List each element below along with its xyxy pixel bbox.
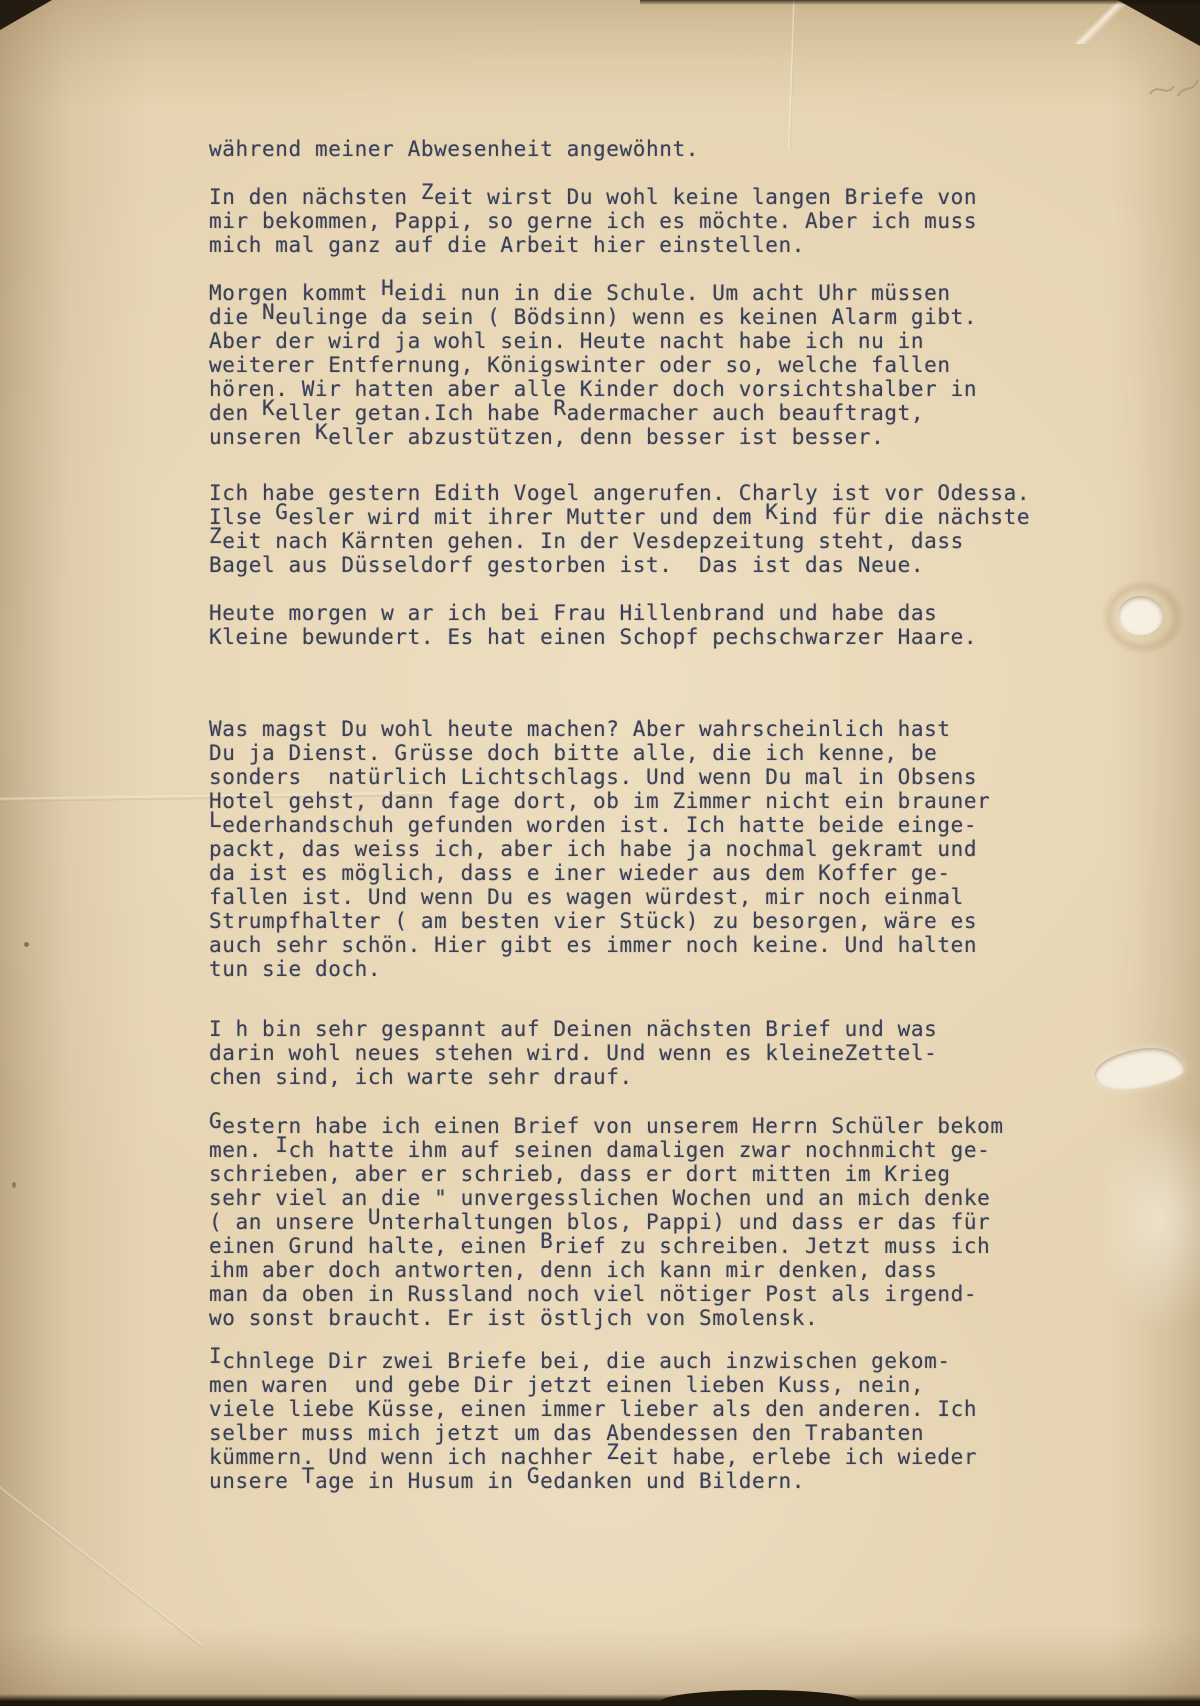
- letter-page: während meiner Abwesenheit angewöhnt.In …: [0, 0, 1200, 1706]
- letter-line: fallen ist. Und wenn Du es wagen würdest…: [209, 885, 1129, 909]
- letter-line: Kleine bewundert. Es hat einen Schopf pe…: [209, 625, 1129, 649]
- pencil-mark: [1148, 72, 1200, 104]
- paper-crease-top: [787, 0, 795, 150]
- letter-line: kümmern. Und wenn ich nachher Zeit habe,…: [209, 1445, 1129, 1469]
- ink-speck: [24, 942, 29, 947]
- letter-paragraph: Ich habe gestern Edith Vogel angerufen. …: [209, 481, 1129, 577]
- letter-paragraph: Gestern habe ich einen Brief von unserem…: [209, 1114, 1129, 1330]
- letter-line: Aber der wird ja wohl sein. Heute nacht …: [209, 329, 1129, 353]
- scan-edge-bottom: [0, 1694, 1200, 1706]
- letter-line: Was magst Du wohl heute machen? Aber wah…: [209, 717, 1129, 741]
- letter-paragraph: I h bin sehr gespannt auf Deinen nächste…: [209, 1017, 1129, 1089]
- letter-line: packt, das weiss ich, aber ich habe ja n…: [209, 837, 1129, 861]
- letter-paragraph: Ichnlege Dir zwei Briefe bei, die auch i…: [209, 1349, 1129, 1493]
- letter-line: Bagel aus Düsseldorf gestorben ist. Das …: [209, 553, 1129, 577]
- letter-line: mir bekommen, Pappi, so gerne ich es möc…: [209, 209, 1129, 233]
- letter-line: Heute morgen w ar ich bei Frau Hillenbra…: [209, 601, 1129, 625]
- letter-line: tun sie doch.: [209, 957, 1129, 981]
- letter-line: da ist es möglich, dass e iner wieder au…: [209, 861, 1129, 885]
- letter-line: unsere Tage in Husum in Gedanken und Bil…: [209, 1469, 1129, 1493]
- letter-line: schrieben, aber er schrieb, dass er dort…: [209, 1162, 1129, 1186]
- letter-line: Du ja Dienst. Grüsse doch bitte alle, di…: [209, 741, 1129, 765]
- scan-corner-top-left: [0, 0, 52, 30]
- letter-line: men waren und gebe Dir jetzt einen liebe…: [209, 1373, 1129, 1397]
- letter-body: während meiner Abwesenheit angewöhnt.In …: [209, 137, 1129, 1493]
- letter-line: auch sehr schön. Hier gibt es immer noch…: [209, 933, 1129, 957]
- letter-line: sonders natürlich Lichtschlags. Und wenn…: [209, 765, 1129, 789]
- letter-line: In den nächsten Zeit wirst Du wohl keine…: [209, 185, 1129, 209]
- letter-line: viele liebe Küsse, einen immer lieber al…: [209, 1397, 1129, 1421]
- letter-line: chen sind, ich warte sehr drauf.: [209, 1065, 1129, 1089]
- letter-line: darin wohl neues stehen wird. Und wenn e…: [209, 1041, 1129, 1065]
- letter-line: Morgen kommt Heidi nun in die Schule. Um…: [209, 281, 1129, 305]
- letter-line: Zeit nach Kärnten gehen. In der Vesdepze…: [209, 529, 1129, 553]
- letter-paragraph: Morgen kommt Heidi nun in die Schule. Um…: [209, 281, 1129, 449]
- letter-paragraph: Heute morgen w ar ich bei Frau Hillenbra…: [209, 601, 1129, 649]
- letter-line: unseren Keller abzustützen, denn besser …: [209, 425, 1129, 449]
- letter-line: ihm aber doch antworten, denn ich kann m…: [209, 1258, 1129, 1282]
- letter-line: den Keller getan.Ich habe Radermacher au…: [209, 401, 1129, 425]
- letter-line: Ilse Gesler wird mit ihrer Mutter und de…: [209, 505, 1129, 529]
- ink-speck: [12, 1182, 16, 1188]
- letter-paragraph: In den nächsten Zeit wirst Du wohl keine…: [209, 185, 1129, 257]
- letter-line: Lederhandschuh gefunden worden ist. Ich …: [209, 813, 1129, 837]
- letter-line: Hotel gehst, dann fage dort, ob im Zimme…: [209, 789, 1129, 813]
- letter-line: men. Ich hatte ihm auf seinen damaligen …: [209, 1138, 1129, 1162]
- paper-hole: [1118, 596, 1163, 635]
- scan-edge-top: [640, 0, 1200, 5]
- letter-line: ( an unsere Unterhaltungen blos, Pappi) …: [209, 1210, 1129, 1234]
- letter-line: hören. Wir hatten aber alle Kinder doch …: [209, 377, 1129, 401]
- letter-line: Gestern habe ich einen Brief von unserem…: [209, 1114, 1129, 1138]
- letter-line: Ich habe gestern Edith Vogel angerufen. …: [209, 481, 1129, 505]
- letter-line: I h bin sehr gespannt auf Deinen nächste…: [209, 1017, 1129, 1041]
- letter-line: einen Grund halte, einen Brief zu schrei…: [209, 1234, 1129, 1258]
- letter-line: Ichnlege Dir zwei Briefe bei, die auch i…: [209, 1349, 1129, 1373]
- paper-crease-bottom-left: [0, 1485, 203, 1647]
- letter-paragraph: während meiner Abwesenheit angewöhnt.: [209, 137, 1129, 161]
- letter-paragraph: Was magst Du wohl heute machen? Aber wah…: [209, 717, 1129, 981]
- letter-line: die Neulinge da sein ( Bödsinn) wenn es …: [209, 305, 1129, 329]
- letter-line: mich mal ganz auf die Arbeit hier einste…: [209, 233, 1129, 257]
- letter-line: wo sonst braucht. Er ist östljch von Smo…: [209, 1306, 1129, 1330]
- letter-line: während meiner Abwesenheit angewöhnt.: [209, 137, 1129, 161]
- letter-line: sehr viel an die " unvergesslichen Woche…: [209, 1186, 1129, 1210]
- letter-line: Strumpfhalter ( am besten vier Stück) zu…: [209, 909, 1129, 933]
- letter-line: man da oben in Russland noch viel nötige…: [209, 1282, 1129, 1306]
- letter-line: selber muss mich jetzt um das Abendessen…: [209, 1421, 1129, 1445]
- letter-line: weiterer Entfernung, Königswinter oder s…: [209, 353, 1129, 377]
